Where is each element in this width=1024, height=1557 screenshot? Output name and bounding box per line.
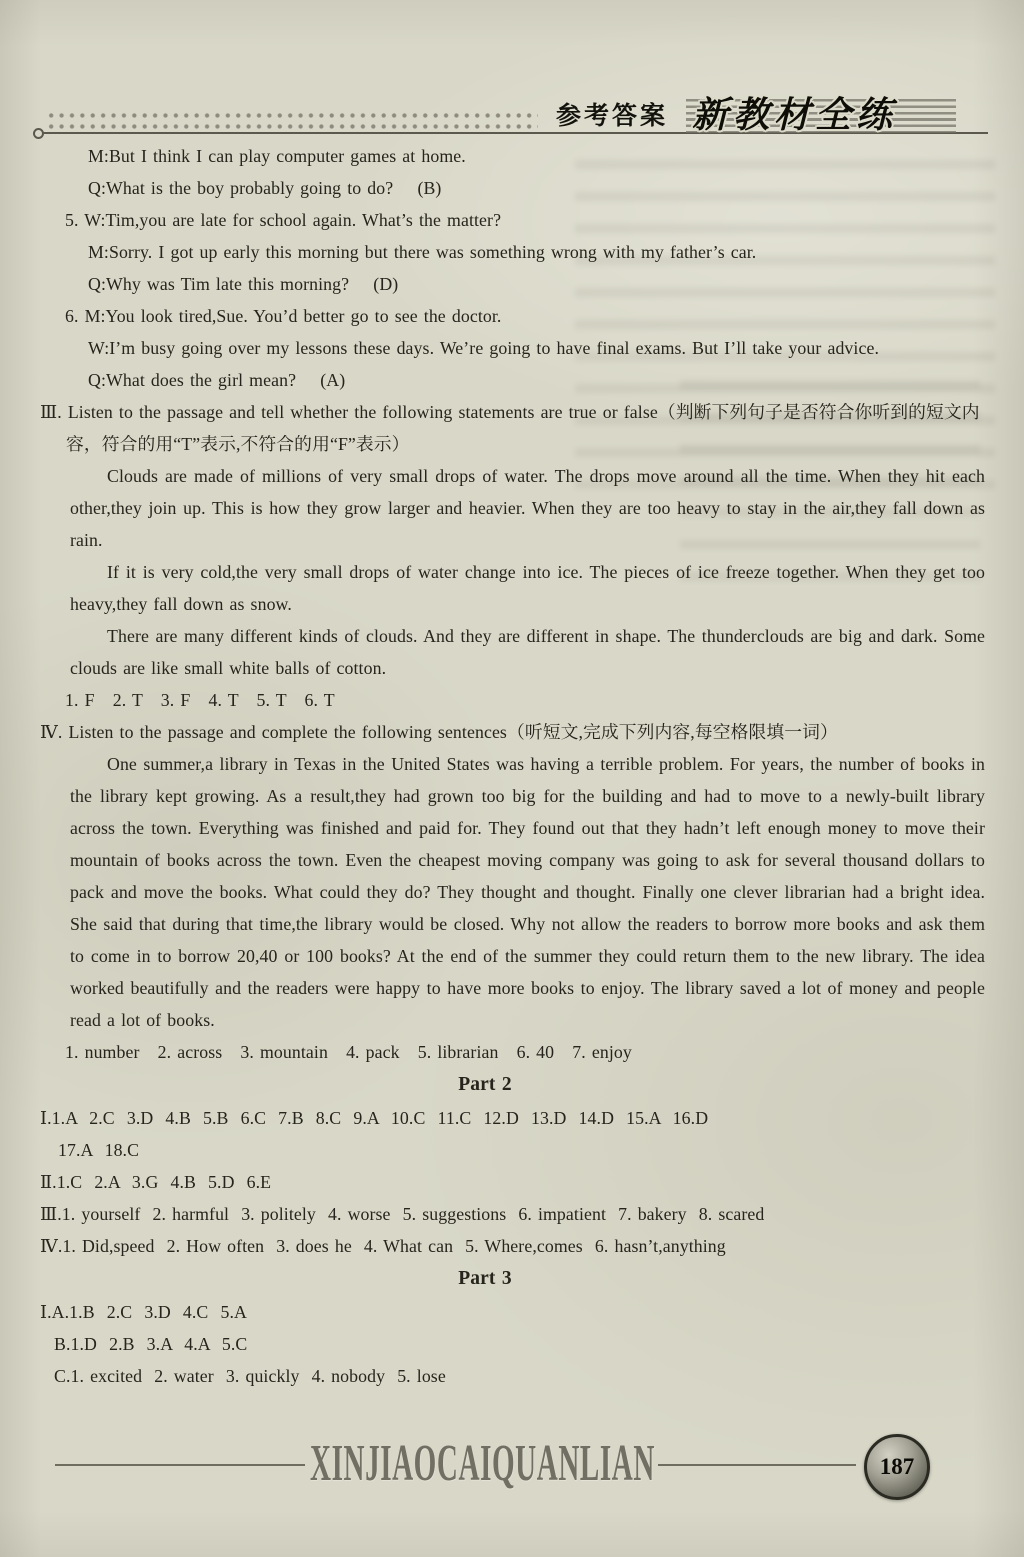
- dialog-line: Q:Why was Tim late this morning? (D): [88, 268, 1024, 300]
- dialog-line: M:But I think I can play computer games …: [88, 140, 1024, 172]
- footer-rule-left: [55, 1464, 305, 1466]
- passage-paragraph: If it is very cold,the very small drops …: [70, 556, 985, 620]
- section-3-heading: Ⅲ. Listen to the passage and tell whethe…: [40, 396, 988, 460]
- dialog-line: Q:What is the boy probably going to do? …: [88, 172, 1024, 204]
- dots-decoration: [46, 110, 538, 131]
- answers-row: B.1.D 2.B 3.A 4.A 5.C: [54, 1328, 1024, 1360]
- scanned-answer-page: 参考答案 新教材全练 M:But I think I can play comp…: [0, 0, 1024, 1557]
- logo-text: 新教材全练: [692, 92, 897, 138]
- dialog-line: 5. W:Tim,you are late for school again. …: [65, 204, 1024, 236]
- page-number-badge: 187: [864, 1434, 930, 1500]
- answers-row: C.1. excited 2. water 3. quickly 4. nobo…: [54, 1360, 1024, 1392]
- footer-rule-right: [658, 1464, 856, 1466]
- rule-end-circle-icon: [33, 128, 44, 139]
- answers-row: 17.A 18.C: [58, 1134, 1024, 1166]
- answers-row: Ⅰ.A.1.B 2.C 3.D 4.C 5.A: [40, 1296, 1024, 1328]
- brand-logo: 新教材全练: [686, 94, 956, 138]
- main-content: M:But I think I can play computer games …: [0, 140, 1024, 1392]
- answers-row: 1. number 2. across 3. mountain 4. pack …: [65, 1036, 1024, 1068]
- dialog-line: Q:What does the girl mean? (A): [88, 364, 1024, 396]
- passage-paragraph: Clouds are made of millions of very smal…: [70, 460, 985, 556]
- part-2-title: Part 2: [0, 1069, 970, 1101]
- footer-brand: XINJIAOCAIQUANLIAN: [310, 1438, 655, 1490]
- passage-paragraph: One summer,a library in Texas in the Uni…: [70, 748, 985, 1036]
- dialog-line: 6. M:You look tired,Sue. You’d better go…: [65, 300, 1024, 332]
- answers-row: Ⅲ.1. yourself 2. harmful 3. politely 4. …: [40, 1198, 1024, 1230]
- answers-row: 1. F 2. T 3. F 4. T 5. T 6. T: [65, 684, 1024, 716]
- answers-row: Ⅰ.1.A 2.C 3.D 4.B 5.B 6.C 7.B 8.C 9.A 10…: [40, 1102, 1024, 1134]
- dialog-line: W:I’m busy going over my lessons these d…: [88, 332, 1024, 364]
- section-4-heading: Ⅳ. Listen to the passage and complete th…: [40, 716, 988, 748]
- answers-row: Ⅳ.1. Did,speed 2. How often 3. does he 4…: [40, 1230, 1024, 1262]
- part-3-title: Part 3: [0, 1263, 970, 1295]
- dialog-line: M:Sorry. I got up early this morning but…: [88, 236, 1024, 268]
- passage-paragraph: There are many different kinds of clouds…: [70, 620, 985, 684]
- answers-label: 参考答案: [556, 101, 668, 131]
- page-number: 187: [880, 1454, 915, 1480]
- answers-row: Ⅱ.1.C 2.A 3.G 4.B 5.D 6.E: [40, 1166, 1024, 1198]
